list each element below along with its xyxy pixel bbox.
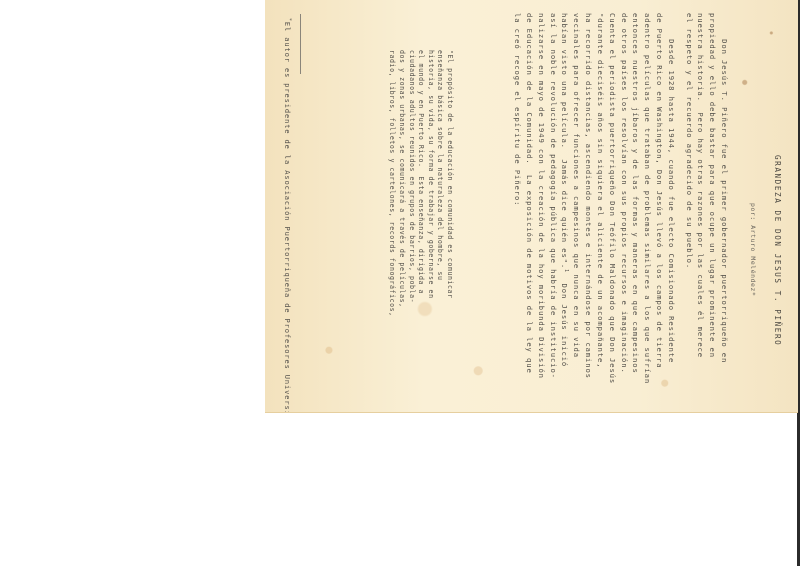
document-title: GRANDEZA DE DON JESUS T. PIÑERO [773,155,782,346]
text-line-segment: Don Jesús inició [560,273,569,367]
text-line-with-footnote: habían visto una película. Jamás dice qu… [559,13,571,408]
text-line: de Puerto Rico en Washington, Don Jesús … [653,13,665,408]
quote-line: dos y zonas urbanas, se comunicará a tra… [396,50,406,317]
text-line: nuestra historia. Pero hay otras razones… [695,13,707,408]
block-quote: "El propósito de la educación en comunid… [387,50,454,317]
quote-line: el mundo y en Puerto Rico. Esta enseñanz… [416,50,426,317]
quote-line: "El propósito de la educación en comunid… [444,50,454,317]
text-line: así la noble revolución de pedagogía púb… [547,13,559,408]
text-line: entonces nuestros jíbaros y de las forma… [630,13,642,408]
text-line: Desde 1928 hasta 1944, cuando fue electo… [665,13,677,408]
rotated-page-content: GRANDEZA DE DON JESUS T. PIÑERO por: Art… [265,0,798,412]
quote-line: ciudadanos adultos reunidos en grupos de… [406,50,416,317]
text-line: vecinales para ofrecer funciones a campe… [571,13,583,408]
text-line: el respeto y el recuerdo agradecido de s… [683,13,695,408]
author-byline: por: Arturo Meléndez* [749,203,757,296]
text-line: Don Jesús T. Piñero fue el primer gobern… [718,13,730,408]
footnote-divider [300,14,301,74]
text-line: Cuenta el periodista puertorriqueño Don … [606,13,618,408]
text-line: "durante dieciséis años sin siquiera el … [594,13,606,408]
scanned-page: GRANDEZA DE DON JESUS T. PIÑERO por: Art… [265,0,798,412]
text-line: de otros países los resolvían con sus pr… [618,13,630,408]
quote-line: enseñanza básica sobre la naturaleza del… [435,50,445,317]
text-line: ha recorrido distancias, ascendiendo mon… [582,13,594,408]
footnote-text: El autor es presidente de la Asociación … [283,22,291,412]
text-line: de Educación de la Comunidad. La exposic… [523,13,535,408]
text-line: adentro películas que trataban de proble… [641,13,653,408]
author-footnote: *El autor es presidente de la Asociación… [283,18,292,412]
text-line-segment: habían visto una película. Jamás dice qu… [560,13,569,269]
text-line: nalizarse en mayo de 1949 con la creació… [535,13,547,408]
text-line: propiedad y ello debe bastar para que oc… [706,13,718,408]
paragraph-1: Don Jesús T. Piñero fue el primer gobern… [683,13,730,408]
text-line: la creó recoge el espíritu de Piñero: [512,13,524,408]
quote-line: radio, libros, folletos y cartelones, re… [387,50,397,317]
paragraph-2: Desde 1928 hasta 1944, cuando fue electo… [512,13,677,408]
body-text: Don Jesús T. Piñero fue el primer gobern… [512,13,730,408]
quote-line: historia, su vida, su forma de trabajar … [425,50,435,317]
